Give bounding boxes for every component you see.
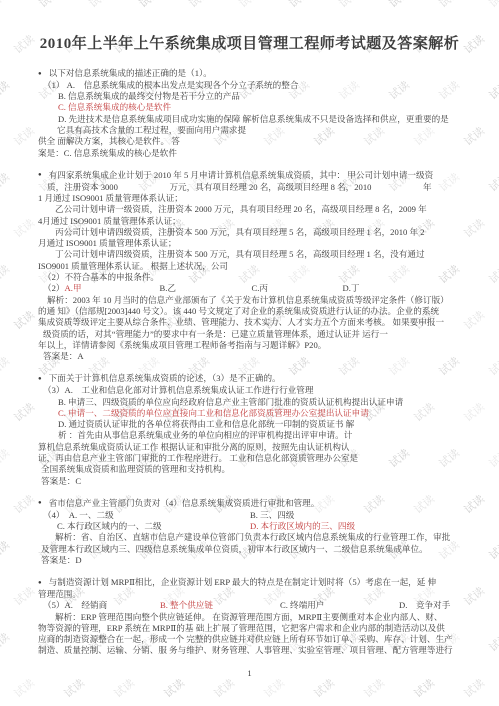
text-line: C. 申请一、二级资质的单位应直接向工业和信息化部资质管理办公室提出认证申请 — [0, 408, 499, 419]
text-line: 解析：省、自治区、直辖市信息产建设单位管部门负责本行政区域内信息系统集成的行业管… — [0, 532, 499, 543]
text-line: 答案是：C — [0, 476, 499, 487]
text-line: 全国系统集成资质和监理资质的管理和支持机构。 — [0, 464, 499, 475]
watermark-text: 试读 — [10, 675, 37, 701]
bullet-icon: ● — [38, 170, 42, 181]
text-segment: 答案是：C — [41, 476, 81, 486]
text-segment: D. 通过资质认证审批的各单位将获得由工业和信息化部统一印制的资质证书 解 — [58, 419, 354, 429]
text-line: （2）不符合基本的申报条件。 — [0, 272, 499, 283]
text-segment: D.丁 — [343, 283, 360, 293]
bullet-icon: ● — [38, 374, 42, 385]
text-segment: 答案是：A — [43, 351, 84, 361]
text-line: D. 先进技术是信息系统集成项目成功实施的保障 解析信息系统集成不只是设备选择和… — [0, 114, 499, 125]
text-segment: B. 信息系统集成的最终交付物是若干分立的产品 — [58, 91, 240, 101]
text-segment: B. 三、四级 — [250, 510, 294, 520]
answer-highlight: C. 信息系统集成的核心是软件 — [58, 102, 171, 112]
text-line: （1） A. 信息系统集成的根本出发点是实现各个分立子系统的整合 — [0, 80, 499, 91]
text-segment: 年以上，详情请参阅《系统集成项目管理工程师备考指南与习题详解》P20。 — [38, 340, 326, 350]
text-segment: 供全 面解决方案，其核心是软件。 答 — [38, 136, 180, 146]
document-body: ●以下对信息系统集成的描述正确的是（1）。（1） A. 信息系统集成的根本出发点… — [0, 68, 499, 657]
text-line: C. 信息系统集成的核心是软件 — [0, 102, 499, 113]
text-line: 1 月通过 ISO9001 质量管理体系认证； — [0, 193, 499, 204]
answer-highlight: B. 整个供应链 — [160, 600, 280, 611]
text-segment: （2）不符合基本的申报条件。 — [43, 272, 159, 282]
text-line: 案是：C. 信息系统集成的核心是软件 — [0, 148, 499, 159]
text-segment: 4月通过 ISO9001 质量管理体系认证； — [38, 216, 181, 226]
text-segment: 解析：2003 年 10 月当时的信息产业部颁布了《关于发布计算机信息系统集成资… — [47, 295, 449, 305]
text-line: ●下面关于计算机信息系统集成资质的论述，（3）是不正确的。 — [0, 373, 499, 385]
watermark-text: 试读 — [60, 675, 87, 701]
text-line: 月通过 ISO9001 质量管理体系认证； — [0, 238, 499, 249]
answer-highlight: D. 本行政区域内的三、四级 — [250, 521, 355, 531]
text-segment: （3）A. 工业和信息化部对计算机信息系统集成认证工作进行行业管理 — [43, 385, 313, 395]
text-segment: C.丙 — [252, 283, 343, 294]
text-segment: （5）A. 经销商 — [43, 600, 160, 611]
text-segment: 级资质的话，对其“管理能力”的要求中有一条是：已建立质量管理体系，通过认证并 运… — [43, 329, 388, 339]
text-segment: 及管理本行政区域内三、四级信息系统集成单位资质，初审本行政区域内一、二级信息系统… — [41, 544, 428, 554]
text-segment: C. 终端用户 — [280, 600, 399, 611]
text-line: ISO9001 质量管理体系认证。 根据上述状况，公司 — [0, 261, 499, 272]
text-line: （4） A. 一、二级B. 三、四级 — [0, 510, 499, 521]
text-line: 丁公司计划申请四级资质，注册资本 500 万元，具有项目经理 5 名，高级项目经… — [0, 249, 499, 260]
text-segment: 管理范围。 — [38, 589, 81, 599]
text-segment: 答案是：D — [41, 555, 82, 565]
text-line: （5）A. 经销商B. 整个供应链C. 终端用户D. 竞争对手 — [0, 600, 499, 611]
text-line: 集成资质等级评定主要从综合条件、业绩、管理能力、技术实力、人才实力五个方面来考核… — [0, 317, 499, 328]
answer-highlight: A.甲 — [65, 283, 160, 294]
text-segment: 全国系统集成资质和监理资质的管理和支持机构。 — [41, 464, 230, 474]
text-line: 管理范围。 — [0, 589, 499, 600]
text-line: ●有四家系统集成企业计划于 2010 年 5 月申请计算机信息系统集成资质，其中… — [0, 170, 499, 182]
text-line: 解析：2003 年 10 月当时的信息产业部颁布了《关于发布计算机信息系统集成资… — [0, 295, 499, 306]
text-line: 级资质的话，对其“管理能力”的要求中有一条是：已建立质量管理体系，通过认证并 运… — [0, 329, 499, 340]
text-line: 算机信息系统集成资质认证工作 根据认证和审批分离的原则，按照先由认证机构认 — [0, 442, 499, 453]
text-line: 解析：ERP 管理范围向整个供应链延伸。 在资源管理范围方面，MRPⅡ主要侧重对… — [0, 612, 499, 623]
text-segment: 物等资源的管理，ERP 系统在 MRPⅡ的基 础上扩展了管理范围，它把客户需求和… — [38, 623, 445, 633]
text-segment: 解析：省、自治区、直辖市信息产建设单位管部门负责本行政区域内信息系统集成的行业管… — [55, 532, 450, 542]
text-segment: 解析：ERP 管理范围向整个供应链延伸。 在资源管理范围方面，MRPⅡ主要侧重对… — [55, 612, 442, 622]
text-line: ●与制造资源计划 MRPⅡ相比，企业资源计划 ERP 最大的特点是在制定计划时将… — [0, 577, 499, 589]
watermark-text: 试读 — [110, 675, 137, 701]
text-line: 丙公司计划申请四级资质，注册资本 500 万元，具有项目经理 5 名，高级项目经… — [0, 227, 499, 238]
text-line: D. 通过资质认证审批的各单位将获得由工业和信息化部统一印制的资质证书 解 — [0, 419, 499, 430]
text-segment: 以下对信息系统集成的描述正确的是（1）。 — [49, 68, 212, 78]
text-line: （2）A.甲B.乙C.丙D.丁 — [0, 283, 499, 294]
text-segment: 它具有高技术含量的工程过程，要面向用户需求提 — [57, 125, 246, 135]
text-line: 制造、质量控制、运输、分销、服 务与维护、财务管理、人事管理、实验室管理、项目管… — [0, 645, 499, 656]
text-segment: 月通过 ISO9001 质量管理体系认证； — [38, 238, 176, 248]
text-segment: 1 月通过 ISO9001 质量管理体系认证； — [38, 193, 183, 203]
watermark-text: 试读 — [210, 675, 237, 701]
text-segment: C. 本行政区域内的一、二级 — [57, 521, 250, 532]
text-line: C. 本行政区域内的一、二级D. 本行政区域内的三、四级 — [0, 521, 499, 532]
text-segment: 证，再由信息产业主管部门审批的工作程序进行。 工业和信息化部资质管理办公室是 — [38, 453, 358, 463]
text-line: 证，再由信息产业主管部门审批的工作程序进行。 工业和信息化部资质管理办公室是 — [0, 453, 499, 464]
watermark-text: 试读 — [360, 675, 387, 701]
text-line: 应商的制造资源整合在一起，形成一个 完整的供应链并对供应链上所有环节如订单、采购… — [0, 634, 499, 645]
text-line: ●以下对信息系统集成的描述正确的是（1）。 — [0, 68, 499, 80]
text-segment: 有四家系统集成企业计划于 2010 年 5 月申请计算机信息系统集成资质，其中：… — [49, 170, 434, 180]
document-page: 试读试读试读试读试读试读试读试读试读试读试读试读试读试读试读试读试读试读试读试读… — [0, 0, 499, 706]
answer-highlight: C. 申请一、二级资质的单位应直接向工业和信息化部资质管理办公室提出认证申请 — [58, 408, 369, 418]
text-segment: 的通 知》（信部规[2003]440 号文）。该 440 号文规定了对企业的系统… — [38, 306, 439, 316]
text-segment: 案是：C. 信息系统集成的核心是软件 — [38, 148, 177, 158]
text-segment: B. 申请三、四级资质的单位应向经政府信息产业主管部门批准的资质认证机构提出认证… — [58, 397, 403, 407]
text-line: B. 申请三、四级资质的单位应向经政府信息产业主管部门批准的资质认证机构提出认证… — [0, 397, 499, 408]
watermark-text: 试读 — [260, 675, 287, 701]
bullet-icon: ● — [38, 578, 42, 589]
text-segment: 省市信息产业主管部门负责对（4）信息系统集成资质进行审批和管理。 — [49, 498, 320, 508]
document-content: 2010年上半年上午系统集成项目管理工程师考试题及答案解析 ●以下对信息系统集成… — [0, 0, 499, 657]
text-segment: 乙公司计划申请一级资质，注册资本 2000 万元，具有项目经理 20 名，高级项… — [55, 204, 427, 214]
text-segment: D. 竞争对手 — [399, 600, 450, 610]
text-segment: （1） A. 信息系统集成的根本出发点是实现各个分立子系统的整合 — [43, 80, 298, 90]
text-segment: （4） A. 一、二级 — [43, 510, 250, 521]
text-line: 物等资源的管理，ERP 系统在 MRPⅡ的基 础上扩展了管理范围，它把客户需求和… — [0, 623, 499, 634]
text-line: 析 ：首先由从事信息系统集成业务的单位向相应的评审机构提出评审申请。计 — [0, 430, 499, 441]
text-segment: 制造、质量控制、运输、分销、服 务与维护、财务管理、人事管理、实验室管理、项目管… — [38, 645, 453, 655]
text-segment: 应商的制造资源整合在一起，形成一个 完整的供应链并对供应链上所有环节如订单、采购… — [38, 634, 453, 644]
text-line: ●省市信息产业主管部门负责对（4）信息系统集成资质进行审批和管理。 — [0, 498, 499, 510]
text-segment: 析 ：首先由从事信息系统集成业务的单位向相应的评审机构提出评审申请。计 — [58, 430, 352, 440]
text-segment: ISO9001 质量管理体系认证。 根据上述状况，公司 — [38, 261, 228, 271]
text-line: B. 信息系统集成的最终交付物是若干分立的产品 — [0, 91, 499, 102]
bullet-icon: ● — [38, 498, 42, 509]
text-line: 答案是：A — [0, 351, 499, 362]
text-line: 及管理本行政区域内三、四级信息系统集成单位资质，初审本行政区域内一、二级信息系统… — [0, 544, 499, 555]
text-segment: 质，注册资本 3000 万元，具有项目经理 20 名，高级项目经理 8 名，20… — [47, 182, 432, 192]
text-line: 乙公司计划申请一级资质，注册资本 2000 万元，具有项目经理 20 名，高级项… — [0, 204, 499, 215]
text-segment: 与制造资源计划 MRPⅡ相比，企业资源计划 ERP 最大的特点是在制定计划时将（… — [49, 577, 436, 587]
page-number: 1 — [0, 668, 499, 678]
text-segment: 算机信息系统集成资质认证工作 根据认证和审批分离的原则，按照先由认证机构认 — [38, 442, 350, 452]
watermark-text: 试读 — [160, 675, 187, 701]
text-line: 年以上，详情请参阅《系统集成项目管理工程师备考指南与习题详解》P20。 — [0, 340, 499, 351]
text-line: 供全 面解决方案，其核心是软件。 答 — [0, 136, 499, 147]
watermark-text: 试读 — [310, 675, 337, 701]
page-title: 2010年上半年上午系统集成项目管理工程师考试题及答案解析 — [0, 32, 499, 53]
text-line: 质，注册资本 3000 万元，具有项目经理 20 名，高级项目经理 8 名，20… — [0, 182, 499, 193]
text-segment: 下面关于计算机信息系统集成资质的论述，（3）是不正确的。 — [49, 373, 281, 383]
text-line: 答案是：D — [0, 555, 499, 566]
watermark-text: 试读 — [410, 675, 437, 701]
text-segment: 丙公司计划申请四级资质，注册资本 500 万元，具有项目经理 5 名，高级项目经… — [55, 227, 425, 237]
text-line: 它具有高技术含量的工程过程，要面向用户需求提 — [0, 125, 499, 136]
text-segment: 丁公司计划申请四级资质，注册资本 500 万元，具有项目经理 5 名，高级项目经… — [55, 249, 425, 259]
watermark-text: 试读 — [460, 675, 487, 701]
text-segment: （2） — [43, 283, 65, 293]
text-segment: 集成资质等级评定主要从综合条件、业绩、管理能力、技术实力、人才实力五个方面来考核… — [38, 317, 444, 327]
text-line: （3）A. 工业和信息化部对计算机信息系统集成认证工作进行行业管理 — [0, 385, 499, 396]
text-line: 的通 知》（信部规[2003]440 号文）。该 440 号文规定了对企业的系统… — [0, 306, 499, 317]
text-segment: D. 先进技术是信息系统集成项目成功实施的保障 解析信息系统集成不只是设备选择和… — [58, 114, 449, 124]
text-line: 4月通过 ISO9001 质量管理体系认证； — [0, 216, 499, 227]
text-segment: B.乙 — [160, 283, 252, 294]
bullet-icon: ● — [38, 69, 42, 80]
